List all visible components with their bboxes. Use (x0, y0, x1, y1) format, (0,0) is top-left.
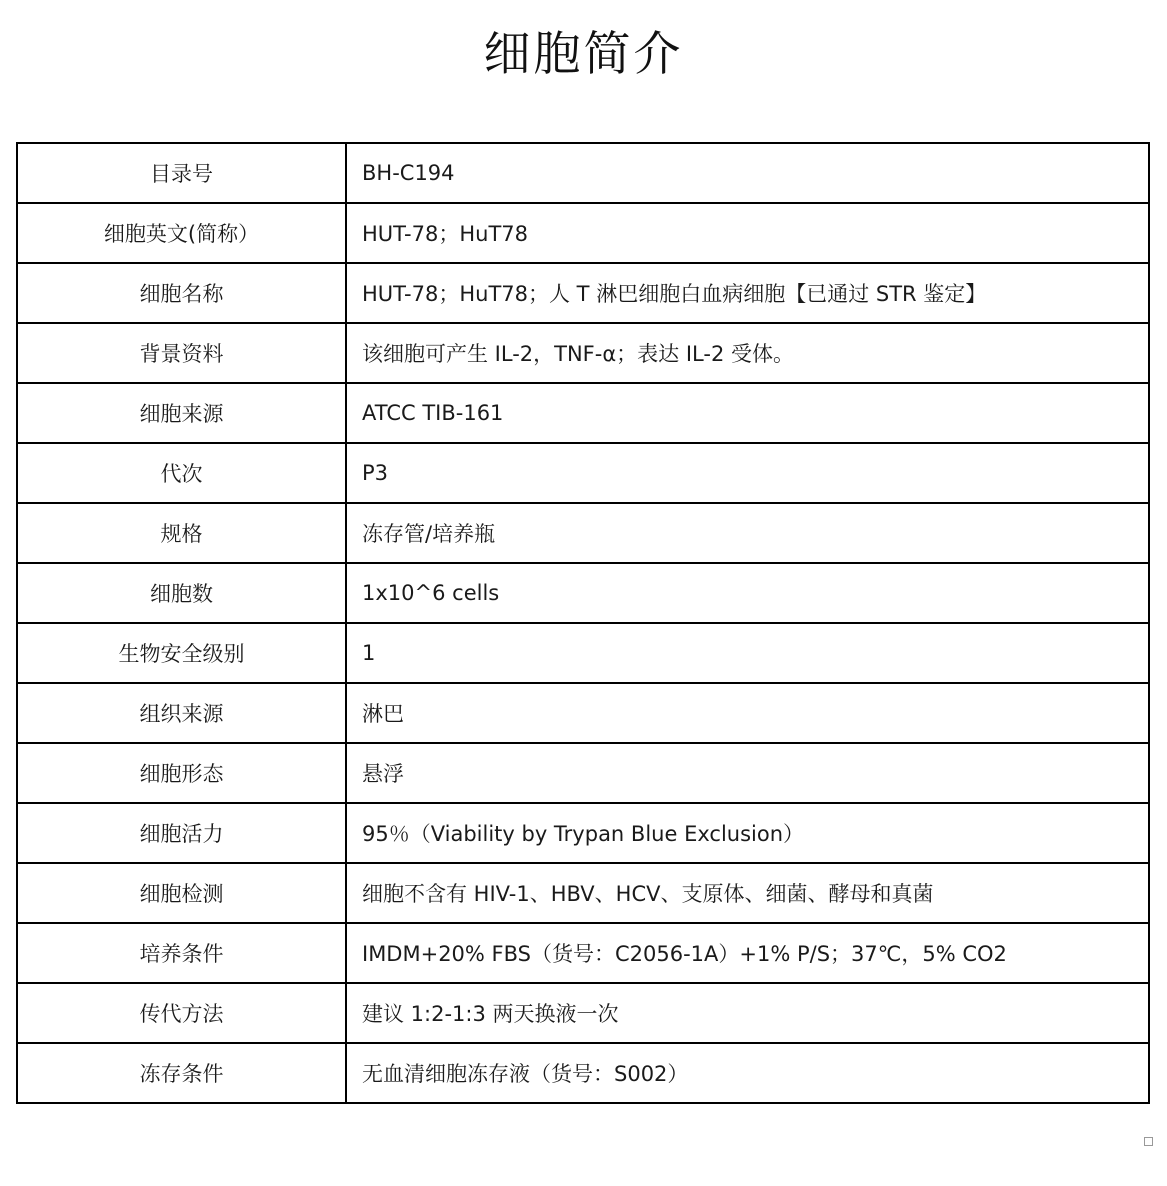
table-row: 培养条件 IMDM+20% FBS（货号：C2056-1A）+1% P/S；37… (17, 923, 1149, 983)
row-label: 细胞检测 (17, 863, 346, 923)
table-row: 细胞数 1x10^6 cells (17, 563, 1149, 623)
row-label: 细胞数 (17, 563, 346, 623)
table-row: 传代方法 建议 1:2-1:3 两天换液一次 (17, 983, 1149, 1043)
row-label: 培养条件 (17, 923, 346, 983)
page-title: 细胞简介 (0, 26, 1167, 84)
row-label: 组织来源 (17, 683, 346, 743)
row-value: 该细胞可产生 IL-2，TNF-α；表达 IL-2 受体。 (346, 323, 1149, 383)
table-row: 生物安全级别 1 (17, 623, 1149, 683)
row-label: 目录号 (17, 143, 346, 203)
cell-info-table-body: 目录号 BH-C194 细胞英文(简称） HUT-78；HuT78 细胞名称 H… (17, 143, 1149, 1103)
row-label: 细胞英文(简称） (17, 203, 346, 263)
row-value: 95％（Viability by Trypan Blue Exclusion） (346, 803, 1149, 863)
row-label: 传代方法 (17, 983, 346, 1043)
table-row: 目录号 BH-C194 (17, 143, 1149, 203)
cell-info-table: 目录号 BH-C194 细胞英文(简称） HUT-78；HuT78 细胞名称 H… (16, 142, 1150, 1104)
table-row: 细胞形态 悬浮 (17, 743, 1149, 803)
table-row: 细胞名称 HUT-78；HuT78；人 T 淋巴细胞白血病细胞【已通过 STR … (17, 263, 1149, 323)
row-label: 冻存条件 (17, 1043, 346, 1103)
row-value: BH-C194 (346, 143, 1149, 203)
row-value: IMDM+20% FBS（货号：C2056-1A）+1% P/S；37℃，5% … (346, 923, 1149, 983)
table-row: 组织来源 淋巴 (17, 683, 1149, 743)
row-value: 1x10^6 cells (346, 563, 1149, 623)
table-row: 代次 P3 (17, 443, 1149, 503)
table-row: 背景资料 该细胞可产生 IL-2，TNF-α；表达 IL-2 受体。 (17, 323, 1149, 383)
row-value: 1 (346, 623, 1149, 683)
row-label: 细胞活力 (17, 803, 346, 863)
row-value: 无血清细胞冻存液（货号：S002） (346, 1043, 1149, 1103)
table-row: 冻存条件 无血清细胞冻存液（货号：S002） (17, 1043, 1149, 1103)
row-value: ATCC TIB-161 (346, 383, 1149, 443)
row-label: 生物安全级别 (17, 623, 346, 683)
table-resize-handle[interactable] (1144, 1137, 1153, 1146)
row-label: 背景资料 (17, 323, 346, 383)
row-label: 细胞形态 (17, 743, 346, 803)
row-value: P3 (346, 443, 1149, 503)
row-value: 建议 1:2-1:3 两天换液一次 (346, 983, 1149, 1043)
row-label: 细胞来源 (17, 383, 346, 443)
row-value: 细胞不含有 HIV-1、HBV、HCV、支原体、细菌、酵母和真菌 (346, 863, 1149, 923)
row-value: HUT-78；HuT78；人 T 淋巴细胞白血病细胞【已通过 STR 鉴定】 (346, 263, 1149, 323)
table-row: 细胞检测 细胞不含有 HIV-1、HBV、HCV、支原体、细菌、酵母和真菌 (17, 863, 1149, 923)
table-row: 细胞活力 95％（Viability by Trypan Blue Exclus… (17, 803, 1149, 863)
row-label: 细胞名称 (17, 263, 346, 323)
row-value: 淋巴 (346, 683, 1149, 743)
table-row: 规格 冻存管/培养瓶 (17, 503, 1149, 563)
row-value: 冻存管/培养瓶 (346, 503, 1149, 563)
row-label: 代次 (17, 443, 346, 503)
table-row: 细胞英文(简称） HUT-78；HuT78 (17, 203, 1149, 263)
row-label: 规格 (17, 503, 346, 563)
table-row: 细胞来源 ATCC TIB-161 (17, 383, 1149, 443)
row-value: HUT-78；HuT78 (346, 203, 1149, 263)
row-value: 悬浮 (346, 743, 1149, 803)
